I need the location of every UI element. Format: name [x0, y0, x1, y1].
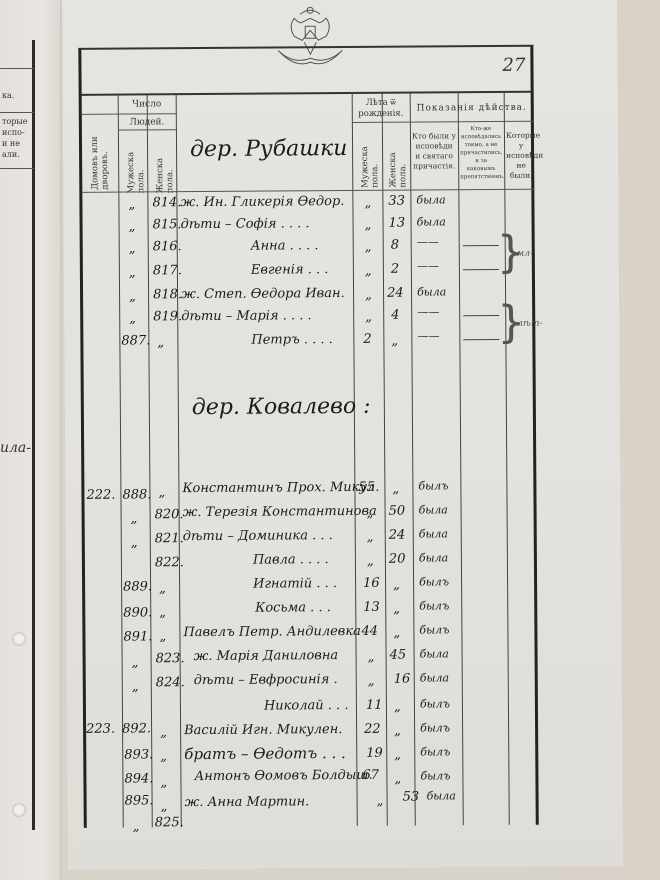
female-number: „: [160, 725, 167, 740]
person-name: Анна . . . .: [251, 238, 319, 253]
age-female: „: [394, 772, 401, 787]
confession-status: ——: [417, 259, 439, 272]
age-female: „: [393, 626, 400, 641]
age-male: „: [368, 650, 375, 665]
village-heading: дер. Ковалево :: [192, 394, 371, 420]
female-number: „: [160, 749, 167, 764]
person-name: ж. Анна Мартин.: [185, 794, 310, 810]
age-male: 13: [363, 600, 380, 615]
confession-status: была: [420, 647, 449, 660]
table-row: Николай . . . 11 „ былъ: [81, 47, 530, 50]
female-number: 824.: [156, 675, 185, 690]
binding-hole: [12, 803, 26, 817]
table-row: „ 820. ж. Терезія Константинова „ 50 был…: [81, 47, 530, 50]
confession-status: ——: [417, 305, 439, 318]
left-header-fragment: и не: [2, 138, 20, 149]
person-name: Василій Игн. Микулен.: [184, 722, 342, 738]
house-number: 223.: [86, 722, 115, 737]
person-name: Антонъ Ѳомовъ Болдыш.: [194, 768, 372, 784]
female-number: 825.: [155, 815, 184, 830]
age-male: „: [367, 506, 374, 521]
table-row: „ 818. ж. Степ. Ѳедора Иван. „ 24 была: [81, 47, 530, 50]
female-number: 817.: [153, 263, 182, 278]
col-line: [504, 91, 510, 825]
male-number: „: [133, 819, 140, 834]
person-name: Николай . . .: [264, 698, 349, 714]
male-number: 889.: [123, 579, 152, 594]
male-number: „: [129, 289, 136, 304]
table-row: „ 817. Евгенія . . . „ 2 ——: [81, 47, 530, 50]
age-female: „: [392, 482, 399, 497]
age-female: 8: [391, 238, 399, 253]
person-name: дѣти – Марія . . . .: [181, 308, 311, 324]
left-rule: [0, 168, 34, 169]
female-number: 822.: [155, 555, 184, 570]
male-number: „: [128, 197, 135, 212]
confession-status: была: [419, 551, 448, 564]
female-number: 818.: [153, 287, 182, 302]
confession-status: была: [416, 193, 445, 206]
confession-status: былъ: [420, 697, 450, 710]
confession-status: была: [419, 503, 448, 516]
table-top-rule: [82, 91, 531, 96]
age-female: 4: [391, 308, 399, 323]
header-col-ispov: Кто-же исповѣдались токмо, а не причасти…: [460, 125, 502, 181]
table-row: 822. Павла . . . . „ 20 была: [81, 47, 530, 50]
male-number: „: [129, 241, 136, 256]
left-frame-line: [32, 40, 35, 830]
table-row: „ 824. дѣти – Евфросинія . „ 16 была: [81, 47, 530, 50]
age-male: „: [365, 218, 372, 233]
age-female: 13: [389, 216, 406, 231]
confession-status: былъ: [420, 721, 450, 734]
age-female: 16: [394, 672, 411, 687]
left-handwriting: ила-: [0, 440, 31, 456]
male-number: 891.: [123, 629, 152, 644]
age-female: „: [394, 724, 401, 739]
left-page-edge: ка. торые испо- и не али. ила-: [0, 0, 62, 880]
male-number: 888.: [122, 487, 151, 502]
table-row: 889. „ Игнатій . . . 16 „ былъ: [81, 47, 530, 50]
age-male: 22: [364, 722, 381, 737]
table-row: 891. „ Павелъ Петр. Андилевка 44 „ былъ: [81, 47, 530, 50]
header-col-nebyli: Которые у исповѣди не были.: [506, 131, 536, 181]
header-col-byli: Кто были у исповѣди и святаго причастія.: [412, 131, 456, 171]
male-number: „: [131, 511, 138, 526]
confession-status: была: [417, 285, 446, 298]
male-number: 890.: [123, 605, 152, 620]
age-male: „: [365, 240, 372, 255]
person-name: дѣти – Софія . . . .: [181, 216, 310, 232]
confession-status: былъ: [419, 623, 449, 636]
age-female: „: [394, 748, 401, 763]
age-female: 24: [387, 286, 404, 301]
female-number: 820.: [155, 507, 184, 522]
person-name: ж. Марія Даниловна: [194, 648, 339, 664]
male-number: 892.: [122, 721, 151, 736]
col-line: [118, 94, 124, 828]
confession-status: былъ: [419, 575, 449, 588]
age-female: „: [391, 334, 398, 349]
male-number: „: [129, 265, 136, 280]
age-male: „: [368, 674, 375, 689]
age-male: 2: [363, 332, 371, 347]
age-male: „: [367, 554, 374, 569]
header-leta-zhen: Женска пола.: [388, 128, 402, 188]
confession-status: была: [420, 671, 449, 684]
female-number: 816.: [153, 239, 182, 254]
female-number: „: [159, 629, 166, 644]
table-row: 222. 888. „ Константинъ Прох. Микул. 55 …: [81, 47, 530, 50]
confession-status: былъ: [419, 599, 449, 612]
age-female: „: [393, 602, 400, 617]
table-row: „ 815. дѣти – Софія . . . . „ 13 была: [81, 47, 530, 50]
age-female: 20: [389, 552, 406, 567]
male-number: „: [129, 219, 136, 234]
age-male: 67: [362, 768, 379, 783]
village-heading: дер. Рубашки: [190, 136, 347, 162]
left-header-fragment: испо-: [2, 127, 25, 138]
age-female: 53: [403, 790, 420, 805]
register-page: 27 Число Людей. Домовъ или дворовъ. Муже…: [62, 0, 623, 870]
person-name: дѣти – Евфросинія .: [194, 672, 338, 688]
age-female: 2: [391, 262, 399, 277]
table-row: 223. 892. „ Василій Игн. Микулен. 22 „ б…: [81, 47, 530, 50]
table-row: 894. „ Антонъ Ѳомовъ Болдыш. 67 „ былъ: [81, 47, 530, 50]
header-leta-muzh: Мужеска пола.: [360, 128, 374, 188]
person-name: Косьма . . .: [255, 600, 331, 616]
male-number: 887.: [121, 333, 150, 348]
header-rule: [352, 122, 410, 123]
person-name: ж. Терезія Константинова: [183, 504, 377, 520]
confession-status: былъ: [420, 745, 450, 758]
col-line: [458, 91, 464, 825]
col-line: [382, 92, 388, 826]
female-number: „: [160, 775, 167, 790]
age-female: 24: [389, 528, 406, 543]
person-name: братъ – Ѳедотъ . . .: [184, 744, 346, 763]
person-name: ж. Степ. Ѳедора Иван.: [181, 286, 345, 302]
age-male: „: [365, 310, 372, 325]
confession-status: была: [419, 527, 448, 540]
male-number: „: [131, 535, 138, 550]
male-number: 894.: [124, 771, 153, 786]
male-number: „: [129, 311, 136, 326]
female-number: „: [159, 605, 166, 620]
age-male: „: [364, 196, 371, 211]
table-row: „ 819. дѣти – Марія . . . . „ 4 ——: [81, 47, 530, 50]
register-table: Число Людей. Домовъ или дворовъ. Мужеска…: [78, 45, 538, 828]
confession-status: былъ: [418, 479, 448, 492]
table-row: 887. „ Петръ . . . . 2 „ ——: [81, 47, 530, 50]
person-name: Павла . . . .: [253, 552, 329, 568]
header-rule: [82, 113, 176, 115]
female-number: „: [159, 581, 166, 596]
age-female: 50: [389, 504, 406, 519]
age-male: 44: [361, 624, 378, 639]
age-female: 45: [390, 648, 407, 663]
age-male: 55: [358, 480, 375, 495]
table-row: „ 814. ж. Ин. Гликерія Ѳедор. „ 33 была: [81, 47, 530, 50]
header-leta: Лѣта ѿ рожденія.: [352, 98, 410, 120]
header-pokazaniya: Показанія дѣйства.: [410, 103, 534, 115]
table-row: „ 816. Анна . . . . „ 8 ——: [81, 47, 530, 50]
confession-status: была: [417, 215, 446, 228]
person-name: Константинъ Прох. Микул.: [182, 480, 379, 496]
person-name: ж. Ин. Гликерія Ѳедор.: [180, 194, 344, 210]
table-row: 895. „ ж. Анна Мартин. „ 53 была: [81, 47, 530, 50]
female-number: 819.: [153, 309, 182, 324]
col-line: [410, 92, 416, 826]
age-male: „: [377, 794, 384, 809]
header-rule: [410, 121, 534, 123]
person-name: дѣти – Доминика . . .: [183, 528, 333, 544]
blank-dash: [463, 315, 499, 316]
confession-status: былъ: [420, 769, 450, 782]
age-female: „: [394, 700, 401, 715]
male-number: 895.: [125, 793, 154, 808]
age-male: „: [365, 264, 372, 279]
left-header-fragment: ка.: [2, 90, 14, 101]
table-row: „ 825.: [81, 47, 530, 50]
female-number: 815.: [153, 217, 182, 232]
age-female: 33: [388, 194, 405, 209]
header-rule: [118, 129, 176, 130]
female-number: 823.: [156, 651, 185, 666]
col-line: [352, 92, 358, 826]
header-zhen: Женска пола.: [155, 133, 169, 193]
male-number: „: [132, 679, 139, 694]
binding-hole: [12, 632, 26, 646]
male-number: 893.: [124, 747, 153, 762]
blank-dash: [463, 245, 499, 246]
blank-dash: [463, 339, 499, 340]
header-bottom-rule: [82, 189, 534, 193]
age-male: „: [365, 288, 372, 303]
left-header-fragment: али.: [2, 149, 20, 160]
person-name: Игнатій . . .: [253, 576, 337, 592]
age-male: „: [367, 530, 374, 545]
left-rule: [0, 112, 34, 113]
table-row: „ 821. дѣти – Доминика . . . „ 24 была: [81, 47, 530, 50]
table-row: 890. „ Косьма . . . 13 „ былъ: [81, 47, 530, 50]
confession-status: ——: [417, 329, 439, 342]
left-rule: [0, 68, 34, 69]
age-male: 11: [366, 698, 383, 713]
header-lyudei: Людей.: [118, 117, 176, 128]
female-number: 814.: [152, 195, 181, 210]
female-number: „: [158, 485, 165, 500]
age-female: „: [393, 578, 400, 593]
table-row: „ 823. ж. Марія Даниловна „ 45 была: [81, 47, 530, 50]
person-name: Павелъ Петр. Андилевка: [183, 624, 361, 640]
person-name: Петръ . . . .: [251, 332, 333, 348]
confession-status: ——: [417, 235, 439, 248]
left-header-fragment: торые: [2, 116, 27, 127]
female-number: „: [157, 335, 164, 350]
person-name: Евгенія . . .: [251, 262, 329, 278]
margin-note: мл-: [517, 249, 533, 259]
blank-dash: [463, 269, 499, 270]
header-muzh: Мужеска пола.: [126, 133, 140, 193]
confession-status: была: [427, 789, 456, 802]
age-male: 16: [363, 576, 380, 591]
table-row: 893. „ братъ – Ѳедотъ . . . 19 „ былъ: [81, 47, 530, 50]
female-number: 821.: [155, 531, 184, 546]
house-number: 222.: [86, 488, 115, 503]
header-chislo: Число: [118, 99, 176, 110]
margin-note: лѣт-: [517, 319, 542, 329]
female-number: „: [161, 799, 168, 814]
age-male: 19: [366, 746, 383, 761]
header-domov: Домовъ или дворовъ.: [90, 120, 114, 190]
male-number: „: [132, 655, 139, 670]
